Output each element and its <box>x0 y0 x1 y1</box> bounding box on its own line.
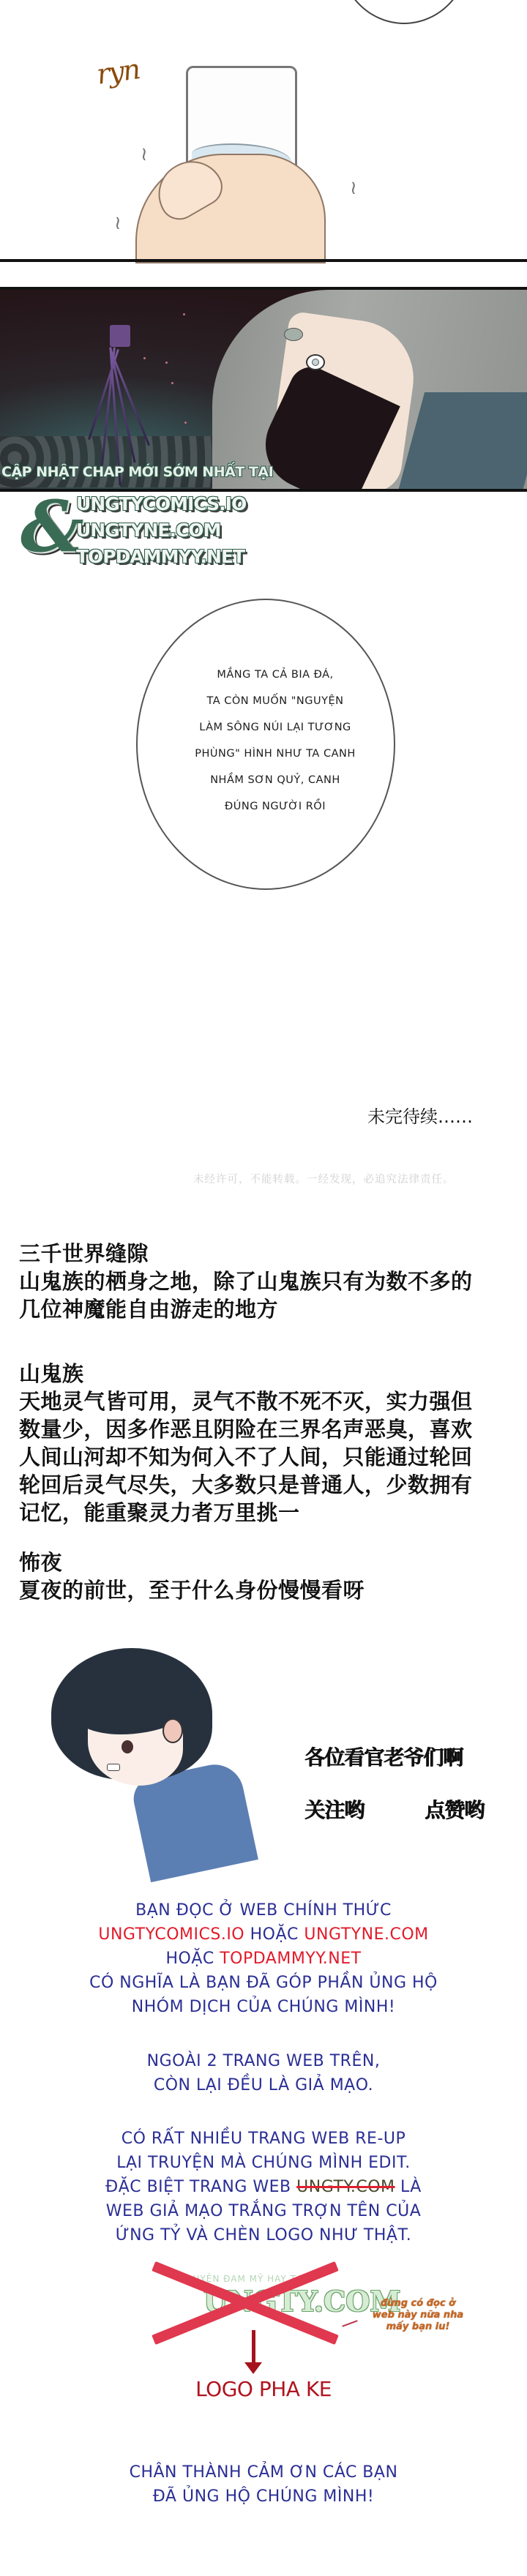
notice-paragraph-1: BẠN ĐỌC Ở WEB CHÍNH THỨC UNGTYCOMICS.IO … <box>0 1898 527 2019</box>
note-line: 山鬼族的栖身之地，除了山鬼族只有为数不多的 <box>19 1268 473 1295</box>
speech-line: phùng" hình như ta canh <box>165 741 385 767</box>
spark <box>183 313 185 315</box>
notice-line: LẠI TRUYỆN MÀ CHÚNG MÌNH EDIT. <box>0 2151 527 2175</box>
speech-line: nhầm sơn quỷ, canh <box>165 767 385 793</box>
notice-line: BẠN ĐỌC Ở WEB CHÍNH THỨC <box>0 1898 527 1922</box>
side-note-line: web này nữa nha <box>363 2310 473 2321</box>
note-line: 天地灵气皆可用，灵气不散不死不灭，实力强但 <box>19 1388 473 1415</box>
notice-paragraph-3: CÓ RẤT NHIỀU TRANG WEB RE-UP LẠI TRUYỆN … <box>0 2127 527 2247</box>
spark <box>184 422 187 424</box>
chibi-mouth <box>107 1764 120 1771</box>
forehead-mark <box>284 328 303 341</box>
watermark-headline: CẬP NHẬT CHAP MỚI SỚM NHẤT TẠI <box>1 464 273 480</box>
note-title: 三千世界缝隙 <box>19 1240 473 1268</box>
character-pupil <box>312 359 319 366</box>
note-section-2: 山鬼族 天地灵气皆可用，灵气不散不死不灭，实力强但 数量少，因多作恶且阴险在三界… <box>19 1360 473 1527</box>
notice-conjunction: HOẶC <box>244 1925 304 1944</box>
notice-line: ĐẶC BIỆT TRANG WEB UNGTY.COM LÀ <box>0 2175 527 2199</box>
speech-line: đúng người rồi <box>165 793 385 820</box>
speech-line: ta còn muốn "Nguyện <box>165 688 385 714</box>
notice-text: LÀ <box>395 2178 422 2196</box>
notice-line: ĐÃ ỦNG HỘ CHÚNG MÌNH! <box>0 2485 527 2509</box>
watermark-ampersand: & <box>20 492 84 562</box>
note-line: 轮回后灵气尽失，大多数只是普通人，少数拥有 <box>19 1471 473 1499</box>
panel-border <box>0 259 527 262</box>
notice-line: CÓ NGHĨA LÀ BẠN ĐÃ GÓP PHẦN ỦNG HỘ <box>0 1971 527 1995</box>
notice-text: ĐẶC BIỆT TRANG WEB <box>105 2178 296 2196</box>
official-site-link-3[interactable]: TOPDAMMYY.NET <box>220 1950 361 1968</box>
notice-conjunction: HOẶC <box>165 1950 220 1968</box>
note-line: 数量少，因多作恶且阴险在三界名声恶臭，喜欢 <box>19 1415 473 1443</box>
speech-line: Mắng ta cả bia đá, <box>165 662 385 688</box>
watermark-site-2[interactable]: UNGTYNE.COM <box>76 521 220 540</box>
notice-line: UNGTYCOMICS.IO HOẶC UNGTYNE.COM <box>0 1922 527 1947</box>
note-section-1: 三千世界缝隙 山鬼族的栖身之地，除了山鬼族只有为数不多的 几位神魔能自由游走的地… <box>19 1240 473 1323</box>
note-section-3: 怖夜 夏夜的前世，至于什么身份慢慢看呀 <box>19 1549 365 1604</box>
official-site-link-2[interactable]: UNGTYNE.COM <box>304 1925 428 1944</box>
note-title: 怖夜 <box>19 1549 365 1576</box>
shake-mark-icon: ≀ <box>350 177 357 199</box>
speech-bubble-edge <box>338 0 470 24</box>
fake-logo-label: LOGO PHA KE <box>0 2377 527 2401</box>
note-line: 夏夜的前世，至于什么身份慢慢看呀 <box>19 1576 365 1604</box>
notice-line: CÒN LẠI ĐỀU LÀ GIẢ MẠO. <box>0 2073 527 2097</box>
note-line: 记忆，能重聚灵力者万里挑一 <box>19 1499 473 1527</box>
watermark-site-1[interactable]: UNGTYCOMICS.IO <box>76 495 246 514</box>
notice-line: NGOÀI 2 TRANG WEB TRÊN, <box>0 2049 527 2073</box>
side-note-line: đừng có đọc ở <box>363 2298 473 2310</box>
notice-line: ỨNG TỶ VÀ CHÈN LOGO NHƯ THẬT. <box>0 2223 527 2247</box>
arrow-right-icon <box>342 2320 357 2326</box>
notice-line: WEB GIẢ MẠO TRẮNG TRỢN TÊN CỦA <box>0 2199 527 2223</box>
notice-paragraph-4: CHÂN THÀNH CẢM ƠN CÁC BẠN ĐÃ ỦNG HỘ CHÚN… <box>0 2460 527 2509</box>
spark <box>171 382 173 384</box>
watermark-site-3[interactable]: TOPDAMMYY.NET <box>76 547 244 566</box>
shake-mark-icon: ≀ <box>114 212 122 234</box>
side-note-line: mấy bạn iu! <box>363 2321 473 2333</box>
tassel-illustration <box>110 325 130 347</box>
comic-panel-glass: ryn ≀ ≀ ≀ <box>0 0 527 262</box>
note-line: 几位神魔能自由游走的地方 <box>19 1295 473 1323</box>
side-note: đừng có đọc ở web này nữa nha mấy bạn iu… <box>363 2298 473 2333</box>
chibi-eye <box>122 1740 133 1753</box>
notice-line: CHÂN THÀNH CẢM ƠN CÁC BẠN <box>0 2460 527 2485</box>
notice-line: NHÓM DỊCH CỦA CHÚNG MÌNH! <box>0 1995 527 2019</box>
follow-button[interactable]: 关注哟 <box>304 1794 364 1824</box>
notice-line: CÓ RẤT NHIỀU TRANG WEB RE-UP <box>0 2127 527 2151</box>
spark <box>143 357 146 359</box>
chibi-ear <box>162 1718 183 1743</box>
note-line: 人间山河却不知为何入不了人间，只能通过轮回 <box>19 1443 473 1471</box>
copyright-notice: 未经许可，不能转载。一经发现，必追究法律责任。 <box>193 1171 455 1186</box>
to-be-continued: 未完待续…… <box>367 1102 473 1128</box>
official-site-link-1[interactable]: UNGTYCOMICS.IO <box>98 1925 244 1944</box>
sound-effect-text: ryn <box>94 53 141 91</box>
chibi-greeting: 各位看官老爷们啊 <box>304 1742 463 1771</box>
fake-site-strikethrough: UNGTY.COM <box>296 2178 395 2196</box>
arrow-down-icon <box>244 2362 262 2374</box>
spark <box>165 362 168 364</box>
notice-paragraph-2: NGOÀI 2 TRANG WEB TRÊN, CÒN LẠI ĐỀU LÀ G… <box>0 2049 527 2097</box>
note-title: 山鬼族 <box>19 1360 473 1388</box>
notice-line: HOẶC TOPDAMMYY.NET <box>0 1947 527 1971</box>
comic-panel-dark <box>0 287 527 492</box>
shake-mark-icon: ≀ <box>141 143 148 165</box>
like-button[interactable]: 点赞哟 <box>425 1794 484 1824</box>
speech-line: làm sông núi lại tương <box>165 714 385 741</box>
speech-bubble-text: Mắng ta cả bia đá, ta còn muốn "Nguyện l… <box>165 662 385 820</box>
